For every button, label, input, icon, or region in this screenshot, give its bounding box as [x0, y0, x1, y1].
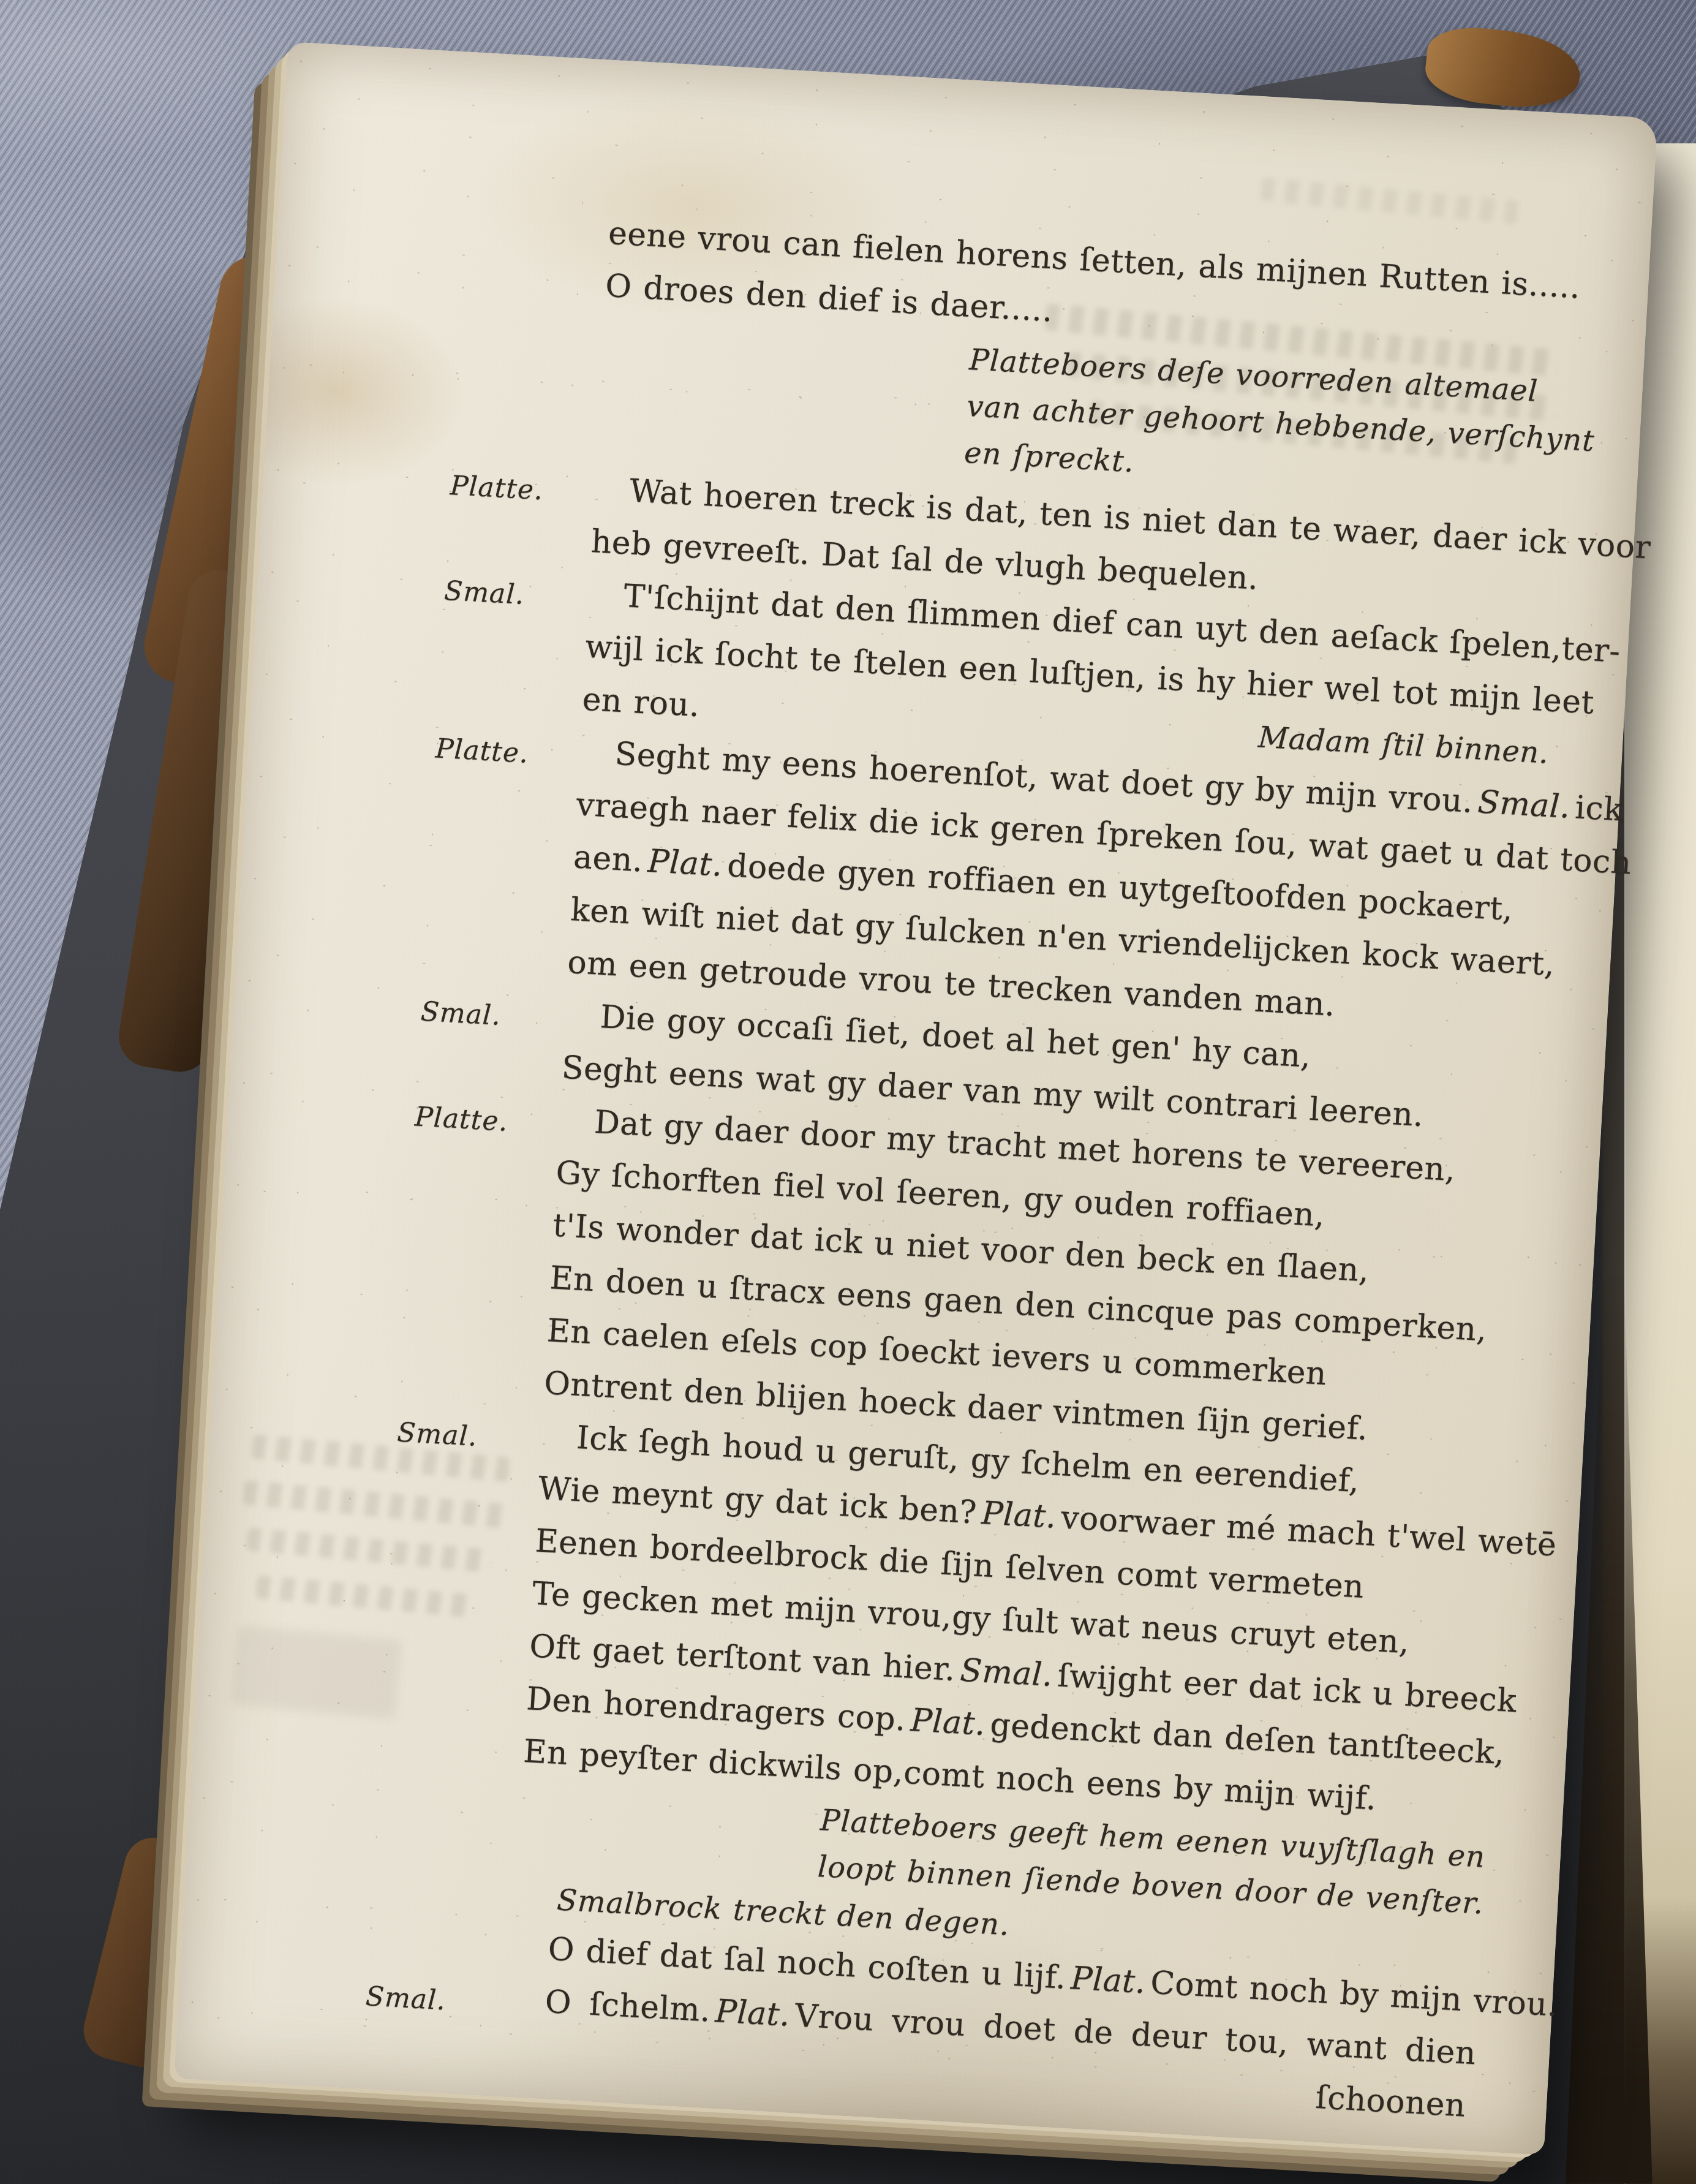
inline-stage-text: Smal.: [954, 1652, 1058, 1694]
inline-stage-text: Plat.: [905, 1702, 991, 1744]
speaker-label: Platte.: [449, 459, 545, 517]
stage-direction: eene vrou can fielen horens ſetten, als …: [604, 207, 1576, 366]
speaker-label: Platte.: [413, 1090, 510, 1148]
photo-scene: eene vrou can fielen horens ſetten, als …: [0, 0, 1696, 2184]
ink-bleedthrough: [230, 1625, 402, 1720]
speaker-label: Smal.: [396, 1407, 479, 1464]
speaker-label: Smal.: [420, 986, 503, 1043]
inline-stage-text: Plat.: [709, 1993, 796, 2035]
speaker-label: Smal.: [443, 565, 526, 622]
ink-bleedthrough: [256, 1575, 478, 1618]
text-segment: O ſchelm.: [544, 1983, 711, 2029]
text-segment: ick: [1574, 789, 1624, 828]
speaker-label: Smal.: [364, 1970, 448, 2027]
text-segment: en rou.: [581, 681, 701, 725]
page-text: eene vrou can fielen horens ſetten, als …: [505, 207, 1576, 2133]
text-segment: aen.: [573, 839, 644, 879]
book-page: eene vrou can fielen horens ſetten, als …: [174, 42, 1657, 2155]
inline-stage-text: Plat.: [642, 842, 728, 884]
inline-stage-text: Plat.: [1065, 1960, 1151, 2001]
inline-stage-text: Plat.: [976, 1495, 1062, 1536]
inline-stage-text: Smal.: [1472, 784, 1576, 826]
ink-bleedthrough: [1260, 178, 1518, 224]
speech-block: Platte.Seght my eens hoerenſot, wat doet…: [566, 725, 1547, 1043]
speech-block: Platte.Dat gy daer door my tracht met ho…: [543, 1094, 1526, 1464]
stage-direction: Platteboers deſe voorreden altemaelvan a…: [963, 336, 1570, 509]
ink-bleedthrough: [243, 1480, 507, 1528]
speaker-label: Platte.: [434, 722, 530, 780]
speech-block: Smal.Ick ſegh houd u geruſt, gy ſchelm e…: [522, 1410, 1509, 1832]
text-segment: en ſpreckt.: [963, 436, 1136, 479]
ink-bleedthrough: [246, 1527, 492, 1573]
